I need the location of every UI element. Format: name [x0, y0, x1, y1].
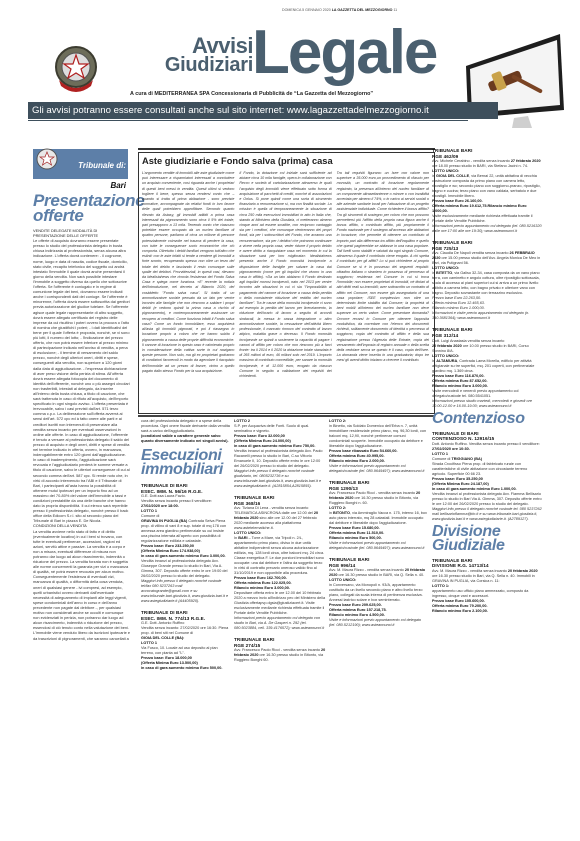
listing-price-min: Offerta minima Euro 19.6​12,75.Rilancio …	[432, 204, 542, 214]
presentation-rules-text: VENDITE DELEGATE MODALITÀ DI PRESENTAZIO…	[33, 228, 130, 833]
banner-rule	[28, 120, 468, 121]
listings-column-3: LOTTO 2: in Binetto, via Soldato Domenic…	[329, 419, 427, 839]
listing: TRIBUNALE DI BARI ESEC. IMM. N. 56/16 R.…	[141, 483, 231, 604]
listing-intro: Avv. Francesco Paolo Ricci - vendita sen…	[329, 491, 415, 495]
dateline-date: DOMENICA 5 GENNAIO 2020	[282, 8, 331, 12]
listing: LOTTO 2 S.P. per Acquaviva delle Fonti. …	[234, 419, 326, 489]
article-column-3: Tra tali requisiti figurano: un Isee con…	[337, 171, 429, 411]
listing-info: Informazioni previo appuntamento col del…	[432, 224, 542, 234]
article-title: Aste giudiziarie e Fondo salva (prima) c…	[142, 156, 333, 166]
dateline-page: 11	[393, 8, 397, 12]
presentazione-offerte-title: Presentazione offerte	[33, 193, 133, 223]
tribunale-label: Tribunale di:	[60, 161, 126, 170]
listing: TRIBUNALE BARI RGE 274/15 Avv. Francesco…	[234, 637, 326, 663]
listing: TRIBUNALE BARI RGE 312/14 Dott. Luigi An…	[432, 327, 542, 408]
listing-description: in Binetto, via Soldato Domenico dell'Er…	[329, 424, 427, 449]
title-line-2: offerte	[33, 208, 133, 223]
listing-intro: Avv. M. Maura Rizzo - vendita senza inca…	[432, 569, 507, 573]
article-column-1: L'argomento vendite di immobili alle ast…	[142, 171, 234, 411]
listing: TRIBUNALE BARI RGE 996/14 Avv. M. Maura …	[329, 557, 427, 628]
article-top-rule	[138, 148, 435, 150]
listing-location: BITETTO	[436, 271, 452, 275]
listing-description: S.P. per Acquaviva delle Fonti. Suolo di…	[234, 424, 326, 434]
listing-location: TRIGGIANO (BA)	[451, 457, 482, 461]
website-banner: Gli avvisi potranno essere consultati an…	[28, 102, 498, 119]
tribunale-city: Bari	[60, 181, 126, 190]
listing-intro-2: ore 15.00 presso studio dell'Avv. Angela…	[432, 256, 540, 265]
listing: TRIBUNALE BARI RGE 725/13 Avv. Claudia D…	[432, 240, 542, 321]
brand-legale: Legale	[252, 22, 436, 84]
listing-intro: Avv. Francesco Paolo Ricci - vendita sen…	[234, 648, 320, 652]
listing-price-raise: Rilancio minimo Euro 2.100,00.	[432, 609, 542, 614]
listing-footer: Depositare offerta entro le ore 12.00 de…	[234, 591, 326, 616]
article-column-2: Il Fondo, la dotazione col iniziale sarà…	[239, 171, 331, 411]
listing-info: Visite e informazioni previo appuntament…	[329, 464, 427, 474]
brand-giudiziari: Giudiziari	[120, 55, 253, 75]
newspaper-page: DOMENICA 5 GENNAIO 2020 LA GAZZETTA DEL …	[0, 0, 580, 841]
listing-intro: Avv. Claudia De Napoli vendita senza inc…	[432, 251, 508, 255]
listing-info: Maggiori info presso il delegato nonché …	[234, 469, 326, 489]
listing-intro: Avv. M. Maura Rizzo - vendita senza inca…	[329, 568, 404, 572]
listing-description: Via Fusco, 10. Locale ad uso deposito al…	[141, 646, 231, 656]
listings-column-4: TRIBUNALE BARI RGE 462/09 Avv. Michele C…	[432, 148, 542, 838]
listing-price-raise: in caso di gara aumento minimo Euro 500,…	[141, 666, 231, 671]
listing: TRIBUNALE BARI DIVISIONE R.G. 14713/14 A…	[432, 558, 542, 614]
listing: TRIBUNALE DI BARI ESEC. IMM. N. 774/13 R…	[141, 610, 231, 671]
listing-description: Strada Crocifisso Piena prop. di fabbric…	[432, 462, 542, 477]
listing-info: Visite e informazioni previo appuntament…	[329, 541, 427, 551]
section-divisione: Divisione Giudiziale	[432, 525, 542, 553]
listing-info: Maggiori info presso il delegato nonché …	[141, 579, 231, 604]
listing-description: – Torre a Mare, via Tripoli n. 2/L, appa…	[234, 536, 324, 575]
listing-info: Visite e informazioni previo appuntament…	[329, 618, 427, 628]
section-esecuzioni: Esecuzioni immobiliari	[141, 449, 231, 477]
listing-intro: Avv. Michele Cerabino - vendita senza in…	[432, 159, 510, 163]
listing-footer: Vendita innanzi al professionista delega…	[432, 492, 542, 507]
brand-avvisi: Avvisi	[143, 36, 253, 56]
listing-location-prefix: Comune di	[432, 457, 450, 461]
dateline-paper: LA GAZZETTA DEL MEZZOGIORNO	[332, 8, 393, 12]
republic-emblem-icon	[53, 44, 99, 94]
listings-column-2: LOTTO 2 S.P. per Acquaviva delle Fonti. …	[234, 419, 326, 839]
listing-info: Maggiori info presso il delegato nonché …	[432, 507, 542, 522]
listing-info: Informazioni previo appuntamento col del…	[234, 616, 326, 631]
listing-intro: Avv. Tiziana Di Lena - vendita senza inc…	[234, 506, 313, 515]
listing-footer: Visite mercoledì e venerdì previo appunt…	[432, 389, 542, 399]
dateline: DOMENICA 5 GENNAIO 2020 LA GAZZETTA DEL …	[282, 8, 397, 12]
listing-info: Informazioni e visite previo appuntament…	[432, 311, 542, 321]
listing-description: appartamento uso ufficio piano ammezzato…	[432, 589, 542, 599]
general-conditions-text: cura del professionista delegato e a spe…	[141, 419, 231, 434]
listing-description: in Conversano, via Monopoli n. 93/A, app…	[329, 583, 427, 603]
listing-footer: Visite esclusivamente mediante richiesta…	[432, 214, 542, 224]
rules-heading: VENDITE DELEGATE MODALITÀ DI PRESENTAZIO…	[33, 228, 130, 238]
listing-location: BITONTO	[333, 511, 350, 515]
listing-intro-2: ore 16.30 presso studio in BARI, via Q. …	[339, 573, 425, 577]
listing-info: Informazioni presso studio martedì, merc…	[432, 399, 542, 409]
listing-date: 20 febbraio 2020	[432, 344, 462, 348]
subtitle: A cura di MEDITERRANEA SPA Concessionari…	[130, 91, 373, 97]
listing-location: BARI	[238, 536, 247, 540]
republic-emblem-small-icon	[36, 147, 58, 173]
listing-intro-2: ore 16.30 presso studio in Bari, via Q. …	[432, 574, 535, 583]
listing: TRIBUNALE BARI RGE 462/09 Avv. Michele C…	[432, 148, 542, 234]
section-contenzioso: Contenzioso	[432, 412, 542, 426]
listing-date: 27 febbraio 2020	[511, 159, 541, 163]
article-bottom-rule	[138, 415, 435, 417]
listing-location: ALTAMURA	[436, 359, 457, 363]
conditions-body: La vendita avviene nello stato di fatto …	[33, 529, 130, 641]
article-body: L'argomento vendite di immobili alle ast…	[142, 171, 429, 411]
listings-column-1: cura del professionista delegato e a spe…	[141, 419, 231, 839]
general-conditions-note: (condizioni valide a carattere generale …	[141, 434, 231, 444]
listing-footer: Vendita innanzi al professionista delega…	[141, 559, 231, 579]
listing-location: GRAVINA IN PUGLIA (BA)	[141, 519, 187, 523]
listing: TRIBUNALE BARI RGE 368/16 Avv. Tiziana D…	[234, 495, 326, 631]
listing-location: GIOIA DEL COLLE	[436, 174, 469, 178]
listing-date: 20 febbraio 2020	[508, 569, 538, 573]
listing-footer: Vendita innanzi al professionista delega…	[234, 449, 326, 469]
listing-intro-2: ore 18.00 presso studio in BARI, via Ste…	[432, 164, 528, 168]
listing: TRIBUNALE DI BARI CONTENZIOSO N. 12916/1…	[432, 431, 542, 522]
listing-sale-type: Vendita senza incanto: 27/02/2020 ore 16…	[141, 626, 231, 636]
rules-body: Le offerte di acquisto dovranno essere p…	[33, 238, 130, 523]
listing: TRIBUNALE BARI RGE 1290/13 Avv. Francesc…	[329, 480, 427, 551]
listing-continued: LOTTO 2: in Binetto, via Soldato Domenic…	[329, 419, 427, 474]
